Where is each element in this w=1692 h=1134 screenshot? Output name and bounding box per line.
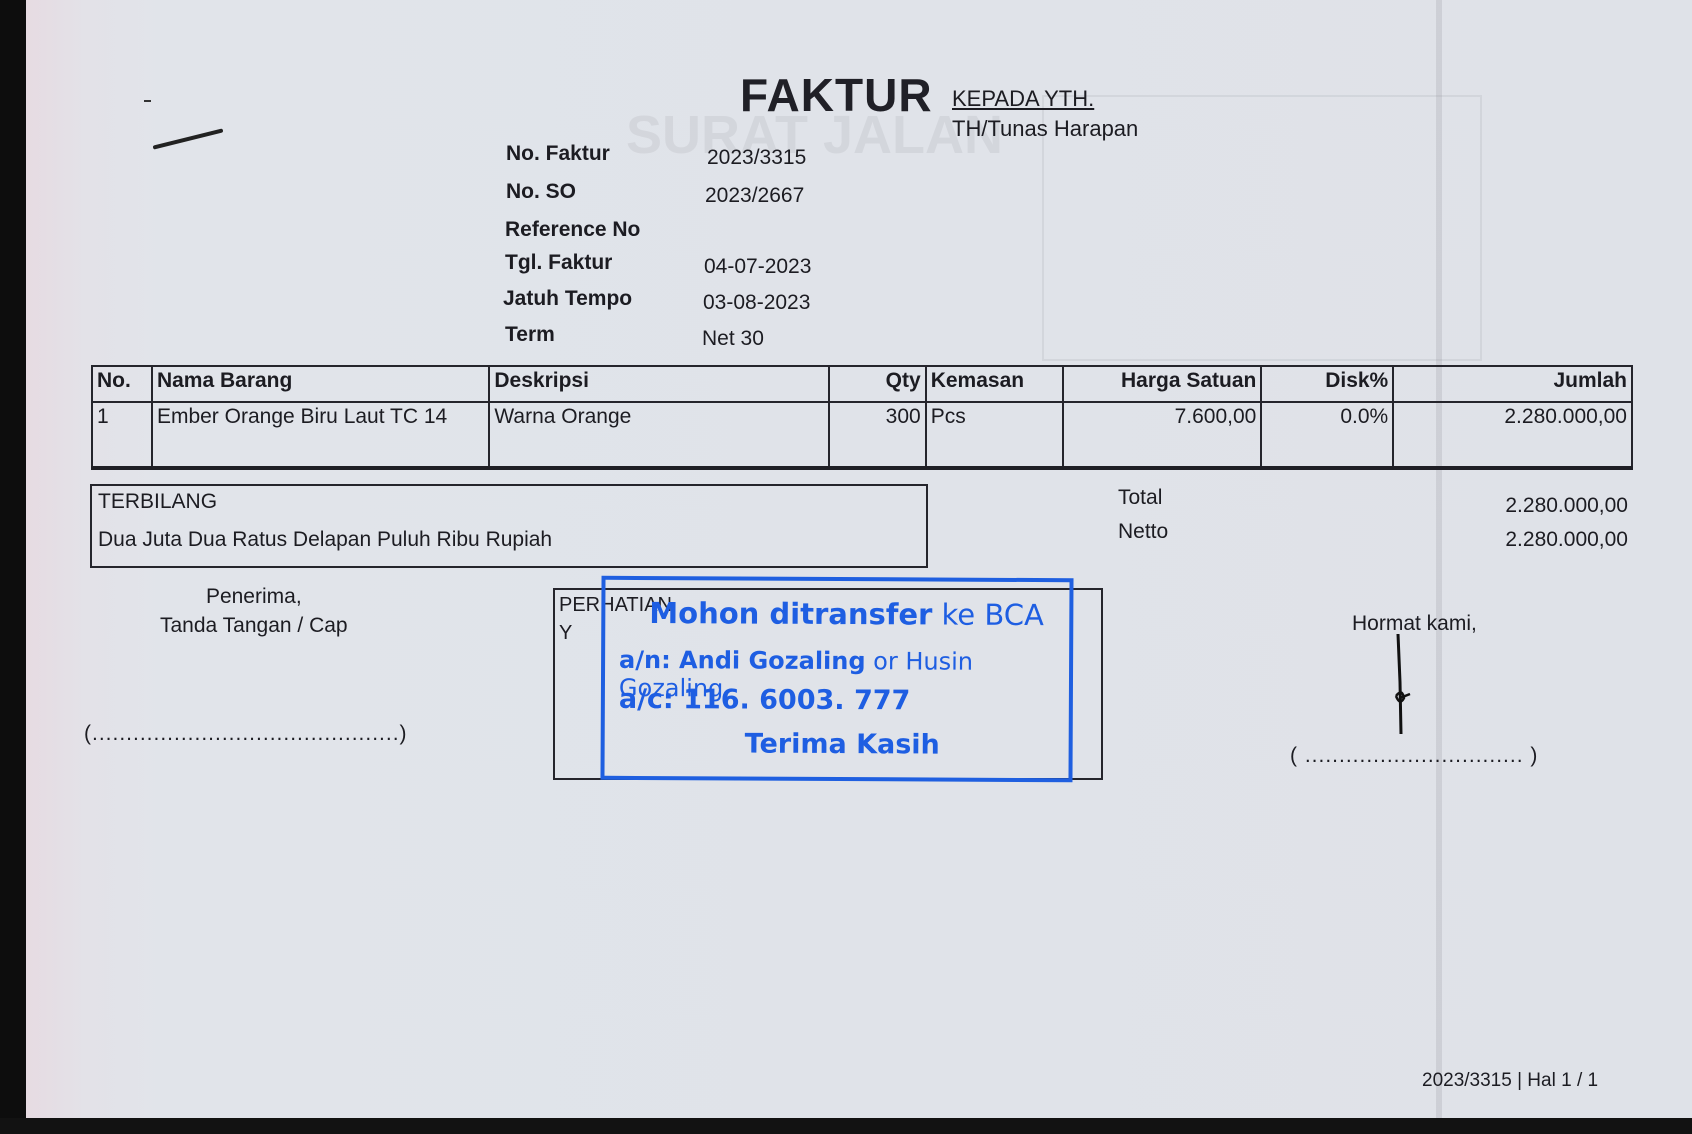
items-table: No. Nama Barang Deskripsi Qty Kemasan Ha… [91, 365, 1633, 470]
stamp-line-1: Mohon ditransfer ke BCA [649, 596, 1044, 632]
terbilang-label: TERBILANG [98, 490, 217, 514]
cell-nama-barang: Ember Orange Biru Laut TC 14 [152, 402, 489, 468]
signature-mark [1392, 632, 1412, 736]
col-header-qty: Qty [829, 366, 926, 402]
meta-label-no-so: No. SO [506, 180, 576, 204]
terbilang-text: Dua Juta Dua Ratus Delapan Puluh Ribu Ru… [98, 528, 552, 552]
meta-label-reference-no: Reference No [505, 218, 640, 242]
meta-label-no-faktur: No. Faktur [506, 142, 610, 166]
meta-label-tgl-faktur: Tgl. Faktur [505, 251, 612, 275]
col-header-no: No. [92, 366, 152, 402]
meta-value-tgl-faktur: 04-07-2023 [704, 255, 811, 279]
cell-deskripsi: Warna Orange [489, 402, 828, 468]
cell-kemasan: Pcs [926, 402, 1063, 468]
recipient-name: TH/Tunas Harapan [952, 116, 1138, 142]
stamp-line-2-bold: a/n: Andi Gozaling [619, 646, 866, 675]
total-label: Total [1118, 486, 1162, 510]
table-row: 1 Ember Orange Biru Laut TC 14 Warna Ora… [92, 402, 1632, 468]
col-header-nama-barang: Nama Barang [152, 366, 489, 402]
cell-disk: 0.0% [1261, 402, 1393, 468]
stamp-line-1-thin: ke BCA [932, 597, 1044, 632]
bank-transfer-stamp: Mohon ditransfer ke BCA a/n: Andi Gozali… [600, 576, 1073, 782]
page-footer: 2023/3315 | Hal 1 / 1 [1422, 1070, 1598, 1092]
stamp-account-number: a/c: 116. 6003. 777 [619, 684, 911, 717]
stamp-thanks: Terima Kasih [745, 729, 940, 761]
receiver-line-2: Tanda Tangan / Cap [160, 611, 348, 640]
netto-label: Netto [1118, 520, 1168, 544]
receiver-block: Penerima, Tanda Tangan / Cap [160, 582, 348, 640]
meta-value-jatuh-tempo: 03-08-2023 [703, 291, 810, 315]
meta-value-term: Net 30 [702, 327, 764, 351]
recipient-label: KEPADA YTH. [952, 86, 1094, 112]
stamp-line-1-bold: Mohon ditransfer [649, 596, 932, 631]
meta-value-no-faktur: 2023/3315 [707, 146, 806, 170]
cell-no: 1 [92, 402, 152, 468]
sender-closing: Hormat kami, [1352, 612, 1477, 636]
col-header-harga-satuan: Harga Satuan [1063, 366, 1262, 402]
staple [153, 128, 224, 149]
col-header-jumlah: Jumlah [1393, 366, 1632, 402]
netto-value: 2.280.000,00 [1368, 528, 1628, 552]
table-header-row: No. Nama Barang Deskripsi Qty Kemasan Ha… [92, 366, 1632, 402]
cell-harga-satuan: 7.600,00 [1063, 402, 1262, 468]
col-header-kemasan: Kemasan [926, 366, 1063, 402]
meta-label-jatuh-tempo: Jatuh Tempo [503, 287, 632, 311]
col-header-deskripsi: Deskripsi [489, 366, 828, 402]
document-title: FAKTUR [740, 68, 933, 122]
scan-edge [0, 1118, 1692, 1134]
receiver-signature-line: (.......................................… [84, 722, 408, 746]
ink-mark [144, 100, 151, 102]
total-value: 2.280.000,00 [1368, 494, 1628, 518]
sender-signature-line: ( ................................ ) [1290, 744, 1538, 768]
meta-label-term: Term [505, 323, 555, 347]
cell-qty: 300 [829, 402, 926, 468]
receiver-line-1: Penerima, [160, 582, 348, 611]
col-header-disk: Disk% [1261, 366, 1393, 402]
cell-jumlah: 2.280.000,00 [1393, 402, 1632, 468]
terbilang-box: TERBILANG Dua Juta Dua Ratus Delapan Pul… [90, 484, 928, 568]
perhatian-line-2: Y [559, 622, 572, 645]
meta-value-no-so: 2023/2667 [705, 184, 804, 208]
